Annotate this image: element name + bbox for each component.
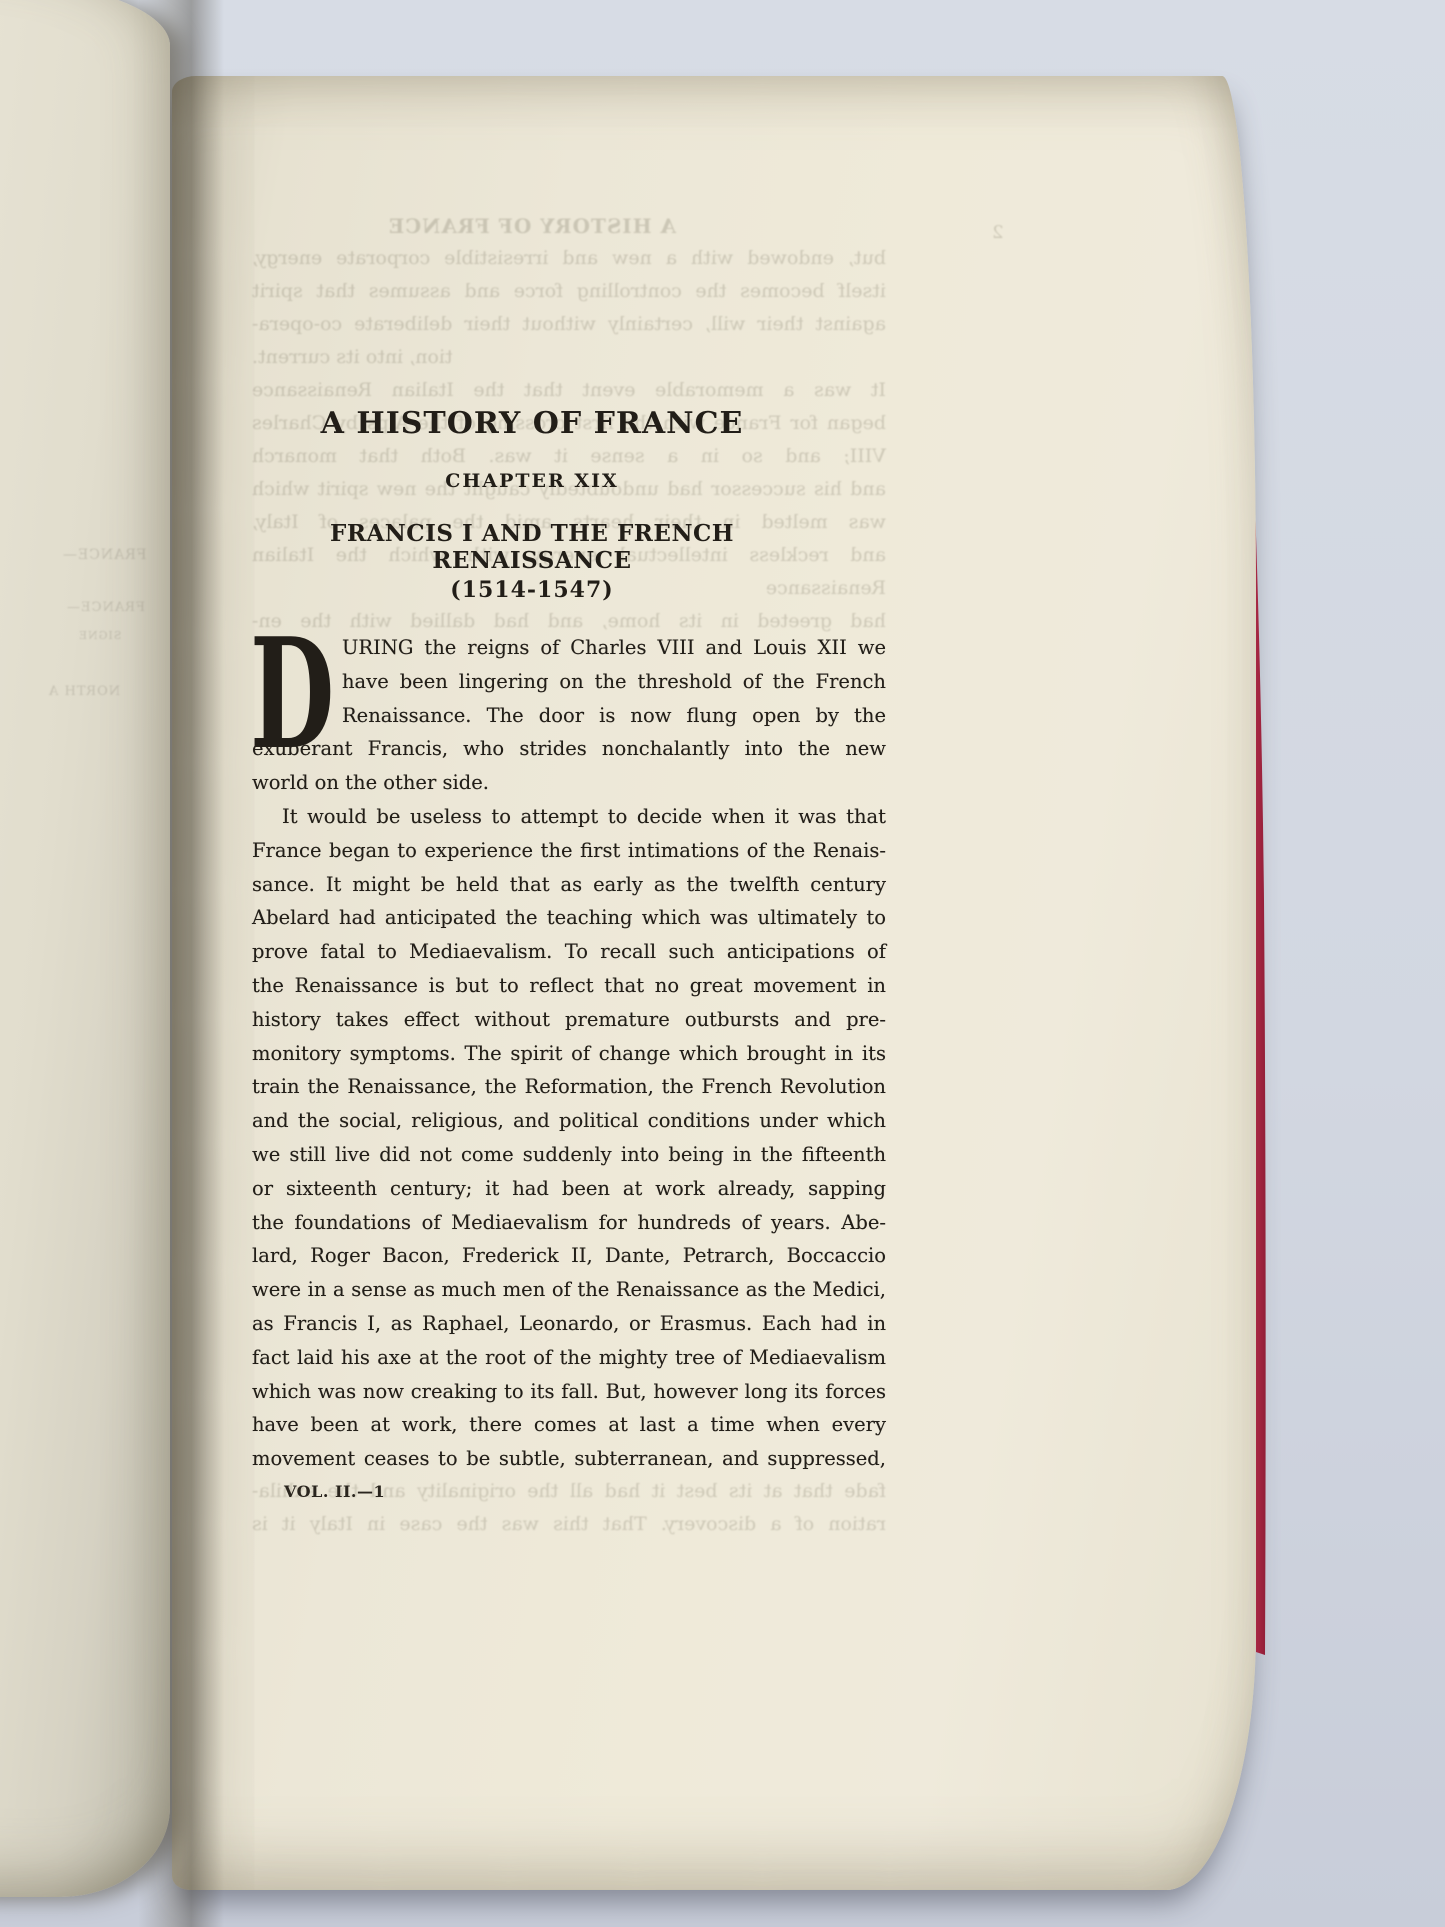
body-line: have been at work, there comes at last a…: [252, 1408, 886, 1442]
body-line: world on the other side.: [252, 766, 886, 800]
body-line: lard, Roger Bacon, Frederick II, Dante, …: [252, 1239, 886, 1273]
body-line: monitory symptoms. The spirit of change …: [252, 1037, 886, 1071]
ghost-line: against their will, certainly without th…: [252, 308, 886, 341]
ghost-line: VIII; and so in a sense it was. Both tha…: [252, 440, 886, 473]
ghost-line: itself becomes the controlling force and…: [252, 275, 886, 308]
page-body: D URING the reigns of Charles VIII and L…: [252, 631, 886, 1476]
body-line: the foundations of Mediaevalism for hund…: [252, 1206, 886, 1240]
body-line: sance. It might be held that as early as…: [252, 868, 886, 902]
body-line: were in a sense as much men of the Renai…: [252, 1273, 886, 1307]
spine-fragment: SIGNE: [78, 629, 121, 642]
body-line: movement ceases to be subtle, subterrane…: [252, 1442, 886, 1476]
ghost-page-number: 2: [992, 222, 1003, 243]
body-line: fact laid his axe at the root of the mig…: [252, 1341, 886, 1375]
spine-fragment: FRANCE—: [66, 600, 145, 615]
body-line: Renaissance. The door is now flung open …: [342, 699, 886, 733]
drop-cap: D: [250, 631, 334, 757]
volume-footer: VOL. II.—1: [284, 1482, 385, 1501]
paragraph-2: It would be useless to attempt to decide…: [252, 800, 886, 1476]
body-line: prove fatal to Mediaevalism. To recall s…: [252, 935, 886, 969]
body-line: and the social, religious, and political…: [252, 1104, 886, 1138]
photo-background: A HISTORY OF FRANCE 2 but, endowed with …: [0, 0, 1445, 1927]
chapter-heading: CHAPTER XIX: [252, 470, 812, 492]
spine-fragment: NORTH A: [48, 684, 120, 699]
body-line: or sixteenth century; it had been at wor…: [252, 1172, 886, 1206]
body-line: It would be useless to attempt to decide…: [252, 800, 886, 834]
body-line: France began to experience the first int…: [252, 834, 886, 868]
spine-fragment: FRANCE—: [62, 547, 147, 563]
body-line: Abelard had anticipated the teaching whi…: [252, 901, 886, 935]
chapter-title: FRANCIS I AND THE FRENCH RENAISSANCE: [252, 520, 812, 574]
turned-page-fragments: FRANCE—FRANCE—SIGNENORTH A: [0, 0, 170, 1927]
chapter-date-range: (1514-1547): [252, 577, 812, 603]
ghost-line: It was a memorable event that the Italia…: [252, 374, 886, 407]
ghost-line: tion, into its current.: [252, 341, 886, 374]
body-line: URING the reigns of Charles VIII and Lou…: [342, 631, 886, 665]
book-page: A HISTORY OF FRANCE 2 but, endowed with …: [172, 76, 1256, 1890]
body-line: the Renaissance is but to reflect that n…: [252, 969, 886, 1003]
page-title: A HISTORY OF FRANCE: [252, 406, 812, 441]
body-line: history takes effect without premature o…: [252, 1003, 886, 1037]
ghost-line: but, endowed with a new and irresistible…: [252, 242, 886, 275]
body-line: exuberant Francis, who strides nonchalan…: [252, 732, 886, 766]
ghost-header: A HISTORY OF FRANCE: [252, 214, 812, 238]
paragraph-1: URING the reigns of Charles VIII and Lou…: [252, 631, 886, 800]
body-line: train the Renaissance, the Reformation, …: [252, 1070, 886, 1104]
ghost-line: ration of a discovery. That this was the…: [252, 1513, 886, 1535]
body-line: as Francis I, as Raphael, Leonardo, or E…: [252, 1307, 886, 1341]
body-line: have been lingering on the threshold of …: [342, 665, 886, 699]
body-line: which was now creaking to its fall. But,…: [252, 1375, 886, 1409]
body-line: we still live did not come suddenly into…: [252, 1138, 886, 1172]
